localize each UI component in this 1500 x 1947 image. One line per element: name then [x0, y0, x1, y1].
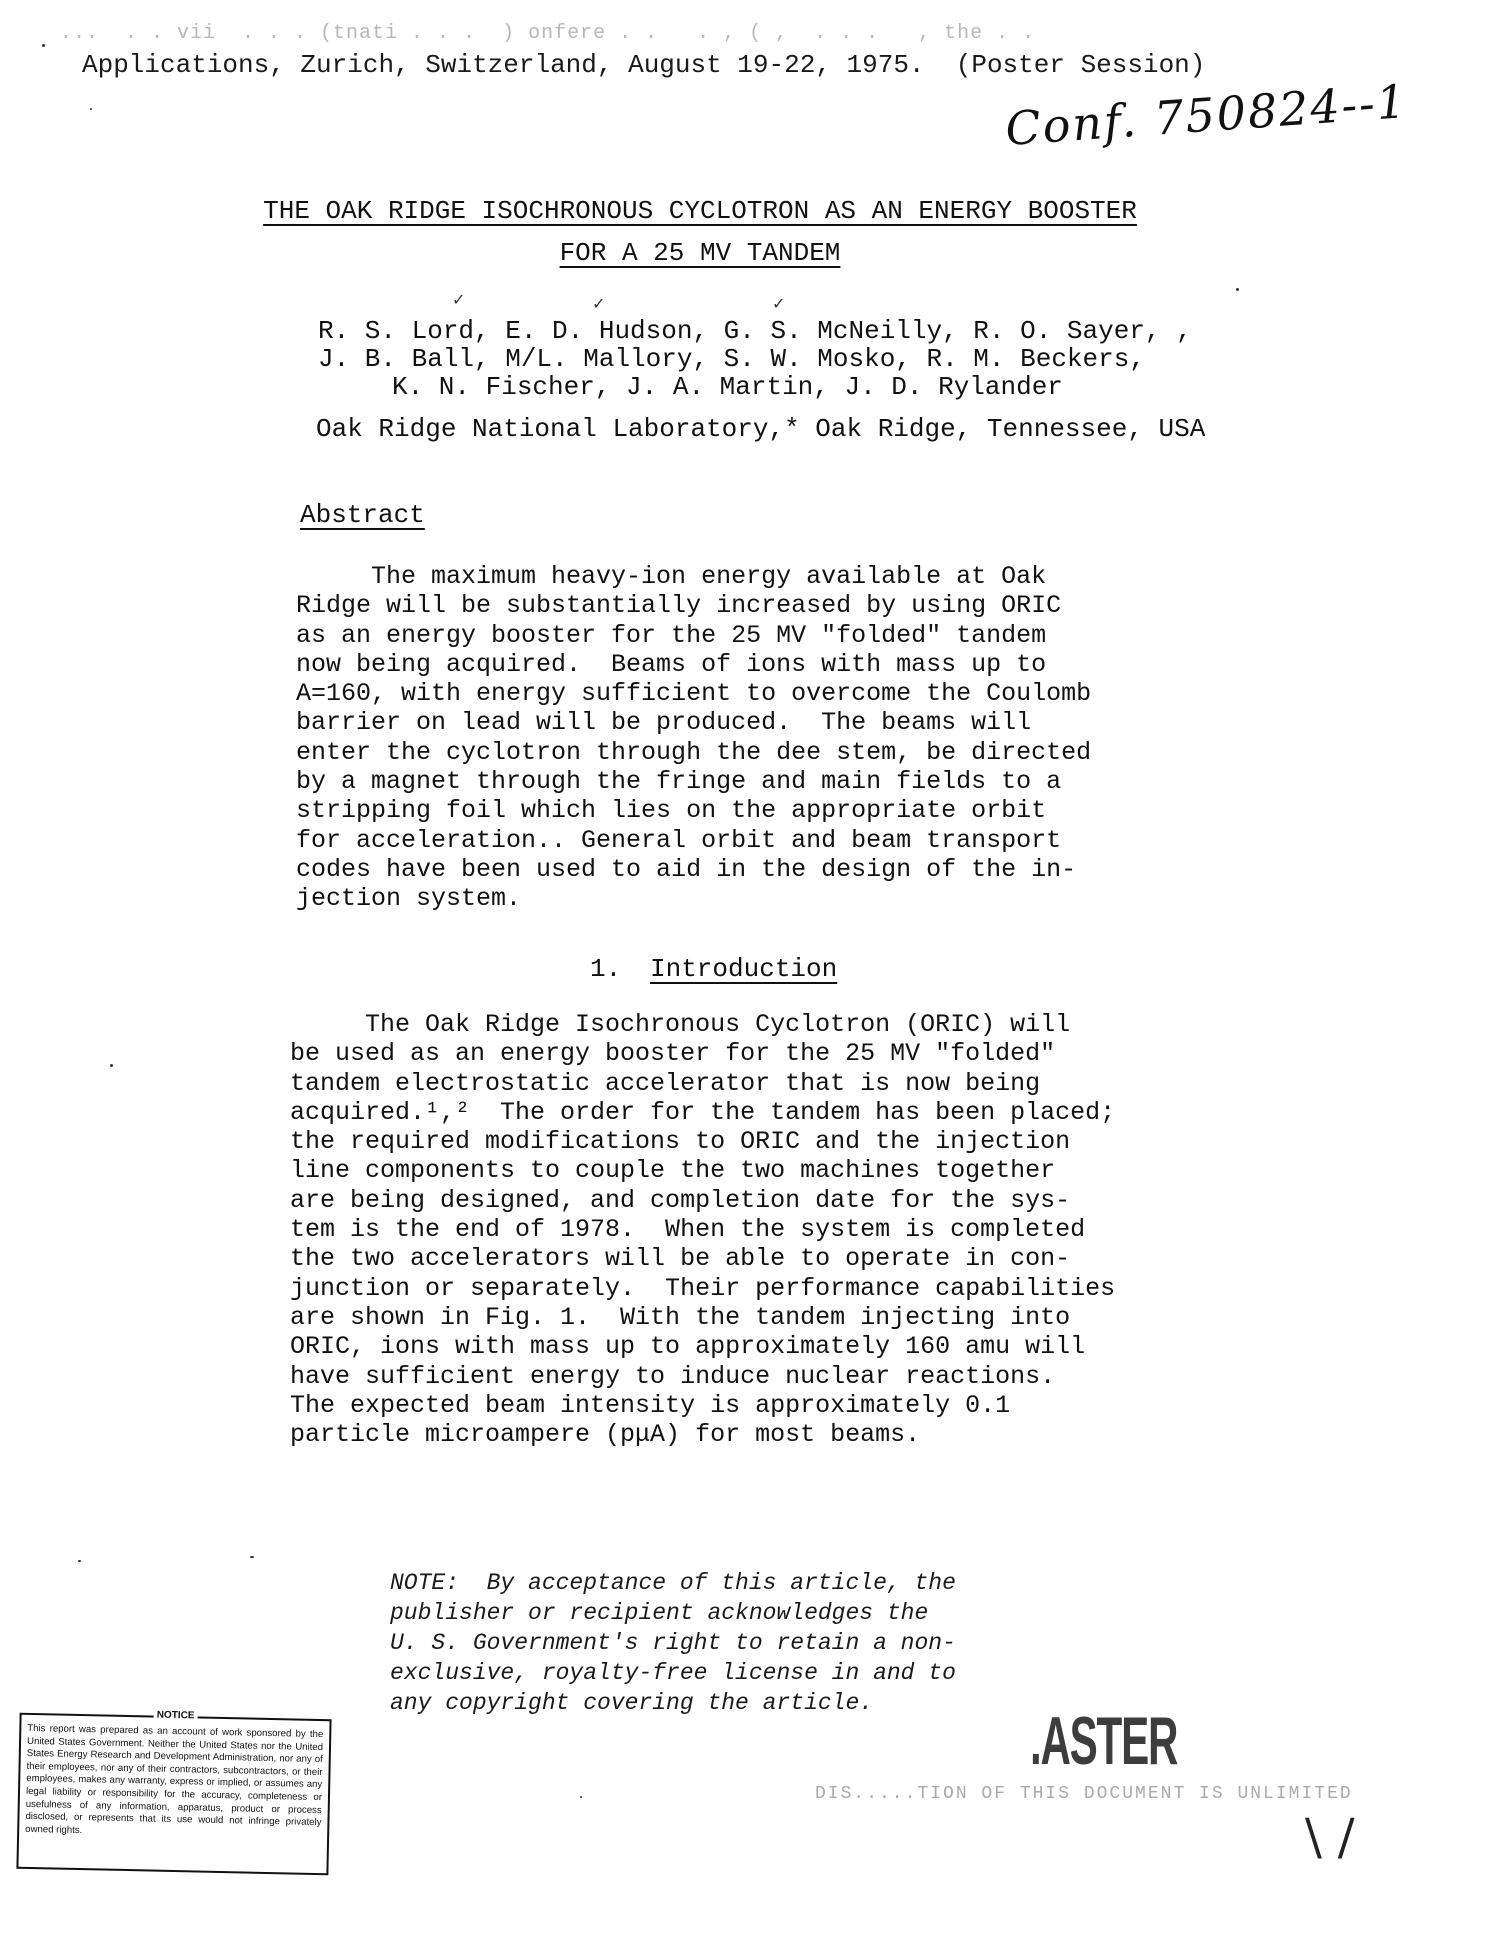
notice-box: NOTICE This report was prepared as an ac…	[16, 1713, 331, 1875]
section-number: 1.	[590, 954, 621, 984]
paper-title-line-1: THE OAK RIDGE ISOCHRONOUS CYCLOTRON AS A…	[250, 196, 1150, 226]
notice-title: NOTICE	[154, 1710, 198, 1722]
conference-line: Applications, Zurich, Switzerland, Augus…	[82, 50, 1205, 80]
scan-speck	[580, 1796, 582, 1798]
handwritten-reference-number: Conf. 750824--1	[1004, 74, 1410, 156]
copyright-note: NOTE: By acceptance of this article, the…	[390, 1568, 956, 1718]
authors-line-1: R. S. Lord, E. D. Hudson, G. S. McNeilly…	[318, 316, 1192, 346]
introduction-heading: Introduction	[650, 954, 837, 984]
master-stamp: .ASTER	[1030, 1702, 1177, 1780]
scan-speck	[78, 1560, 81, 1562]
scan-speck	[110, 1064, 113, 1067]
authors-line-3: K. N. Fischer, J. A. Martin, J. D. Rylan…	[392, 372, 1063, 402]
abstract-heading: Abstract	[300, 500, 425, 530]
notice-text: This report was prepared as an account o…	[25, 1723, 323, 1843]
margin-mark: \ /	[1305, 1808, 1355, 1866]
affiliation: Oak Ridge National Laboratory,* Oak Ridg…	[316, 414, 1205, 444]
distribution-stamp: DIS.....TION OF THIS DOCUMENT IS UNLIMIT…	[815, 1784, 1353, 1804]
check-mark-icon: ✓	[592, 294, 605, 314]
abstract-body: The maximum heavy-ion energy available a…	[296, 562, 1091, 914]
scan-speck	[250, 1556, 254, 1558]
check-mark-icon: ✓	[772, 294, 785, 314]
introduction-body: The Oak Ridge Isochronous Cyclotron (ORI…	[290, 1010, 1115, 1449]
scan-speck	[42, 44, 45, 47]
scan-speck	[90, 108, 92, 110]
paper-title-line-2: FOR A 25 MV TANDEM	[250, 238, 1150, 268]
check-mark-icon: ✓	[452, 290, 465, 310]
scan-speck	[1236, 288, 1239, 291]
faded-header-text: ... . . vii . . . (tnati . . . ) onfere …	[60, 22, 1035, 45]
authors-line-2: J. B. Ball, M/L. Mallory, S. W. Mosko, R…	[318, 344, 1145, 374]
